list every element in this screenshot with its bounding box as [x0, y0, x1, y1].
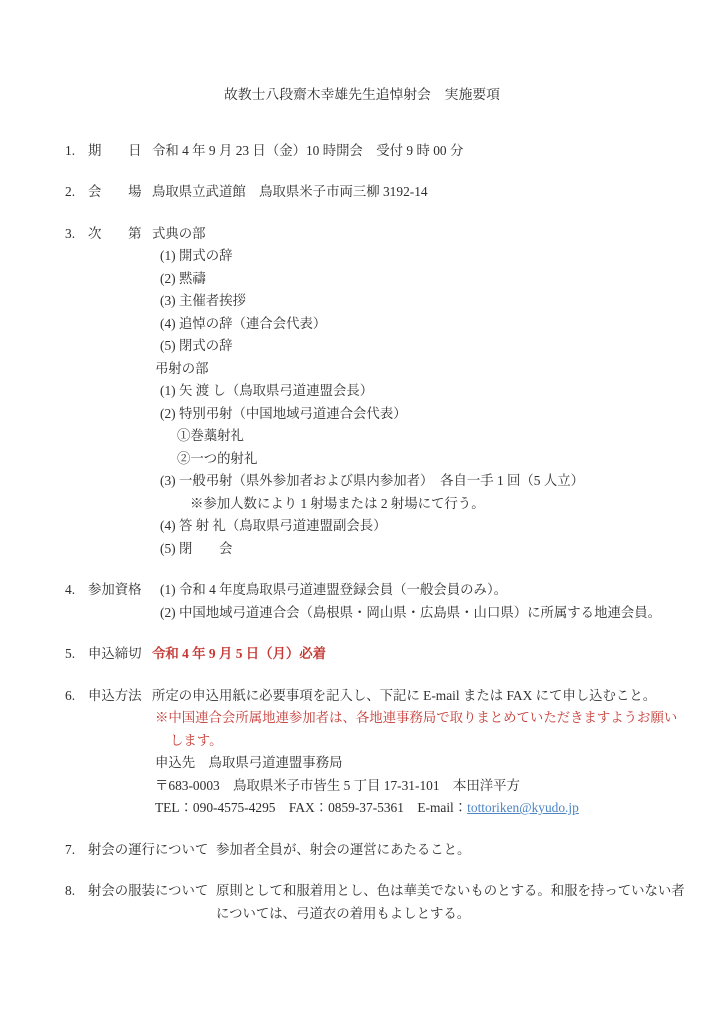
dress-code-text-continued: については、弓道衣の着用もよしとする。: [65, 903, 704, 926]
ceremony-step: (1) 開式の辞: [65, 245, 704, 268]
item-label: 申込方法: [88, 685, 152, 708]
eligibility-rule: (2) 中国地域弓道連合会（島根県・岡山県・広島県・山口県）に所属する地連会員。: [65, 602, 704, 625]
item-dress-code: 8.射会の服装について原則として和服着用とし、色は華美でないものとする。和服を持…: [65, 880, 704, 925]
ceremony-step: (3) 主催者挨拶: [65, 290, 704, 313]
item-number: 3.: [65, 223, 88, 246]
item-date-text: 令和 4 年 9 月 23 日（金）10 時開会 受付 9 時 00 分: [152, 143, 463, 158]
item-label: 射会の服装について: [88, 880, 216, 903]
dress-code-text: 原則として和服着用とし、色は華美でないものとする。和服を持っていない者: [216, 883, 685, 898]
application-method-text: 所定の申込用紙に必要事項を記入し、下記に E-mail または FAX にて申し…: [152, 688, 656, 703]
operation-text: 参加者全員が、射会の運営にあたること。: [216, 842, 470, 857]
application-recipient: 申込先 鳥取県弓道連盟事務局: [65, 752, 704, 775]
item-number: 5.: [65, 643, 88, 666]
ceremony-step: (5) 閉式の辞: [65, 335, 704, 358]
memorial-step: (5) 閉 会: [65, 538, 704, 561]
program-section-memorial: 弔射の部: [65, 358, 704, 381]
item-label: 申込締切: [88, 643, 152, 666]
item-venue: 2.会 場鳥取県立武道館 鳥取県米子市両三柳 3192-14: [65, 181, 704, 204]
item-application: 6.申込方法所定の申込用紙に必要事項を記入し、下記に E-mail または FA…: [65, 685, 704, 820]
item-number: 4.: [65, 579, 88, 602]
application-note: ※中国連合会所属地連参加者は、各地連事務局で取りまとめていただきますようお願い: [65, 707, 704, 730]
document-title: 故教士八段齋木幸雄先生追悼射会 実施要項: [0, 84, 724, 107]
item-number: 7.: [65, 839, 88, 862]
application-address: 〒683-0003 鳥取県米子市皆生 5 丁目 17-31-101 本田洋平方: [65, 775, 704, 798]
document-page: 故教士八段齋木幸雄先生追悼射会 実施要項 1.期 日令和 4 年 9 月 23 …: [0, 0, 724, 1024]
ceremony-step: (4) 追悼の辞（連合会代表）: [65, 313, 704, 336]
item-operation: 7.射会の運行について参加者全員が、射会の運営にあたること。: [65, 839, 704, 862]
item-label: 会 場: [88, 181, 152, 204]
memorial-note: ※参加人数により 1 射場または 2 射場にて行う。: [65, 493, 704, 516]
ceremony-step: (2) 黙禱: [65, 268, 704, 291]
item-label: 期 日: [88, 140, 152, 163]
item-label: 射会の運行について: [88, 839, 216, 862]
item-venue-text: 鳥取県立武道館 鳥取県米子市両三柳 3192-14: [152, 184, 428, 199]
memorial-step: (4) 答 射 礼（鳥取県弓道連盟副会長）: [65, 515, 704, 538]
item-label: 参加資格: [88, 579, 160, 602]
email-link[interactable]: tottoriken@kyudo.jp: [467, 800, 579, 815]
item-number: 2.: [65, 181, 88, 204]
memorial-substep: ①巻藁射礼: [65, 425, 704, 448]
item-number: 8.: [65, 880, 88, 903]
program-section-ceremony: 式典の部: [152, 226, 206, 241]
item-label: 次 第: [88, 223, 152, 246]
application-note-continued: します。: [65, 730, 704, 753]
item-program: 3.次 第式典の部 (1) 開式の辞 (2) 黙禱 (3) 主催者挨拶 (4) …: [65, 223, 704, 561]
item-deadline: 5.申込締切令和 4 年 9 月 5 日（月）必着: [65, 643, 704, 666]
memorial-substep: ②一つ的射礼: [65, 448, 704, 471]
memorial-step: (1) 矢 渡 し（鳥取県弓道連盟会長）: [65, 380, 704, 403]
memorial-step: (2) 特別弔射（中国地域弓道連合会代表）: [65, 403, 704, 426]
item-date: 1.期 日令和 4 年 9 月 23 日（金）10 時開会 受付 9 時 00 …: [65, 140, 704, 163]
eligibility-rule: (1) 令和 4 年度鳥取県弓道連盟登録会員（一般会員のみ）。: [160, 582, 507, 597]
application-contact: TEL：090-4575-4295 FAX：0859-37-5361 E-mai…: [65, 797, 704, 820]
memorial-step: (3) 一般弔射（県外参加者および県内参加者） 各自一手 1 回（5 人立）: [65, 470, 704, 493]
item-number: 6.: [65, 685, 88, 708]
contact-tel-fax: TEL：090-4575-4295 FAX：0859-37-5361 E-mai…: [155, 800, 467, 815]
item-eligibility: 4.参加資格(1) 令和 4 年度鳥取県弓道連盟登録会員（一般会員のみ）。 (2…: [65, 579, 704, 624]
item-number: 1.: [65, 140, 88, 163]
deadline-text: 令和 4 年 9 月 5 日（月）必着: [152, 646, 326, 661]
